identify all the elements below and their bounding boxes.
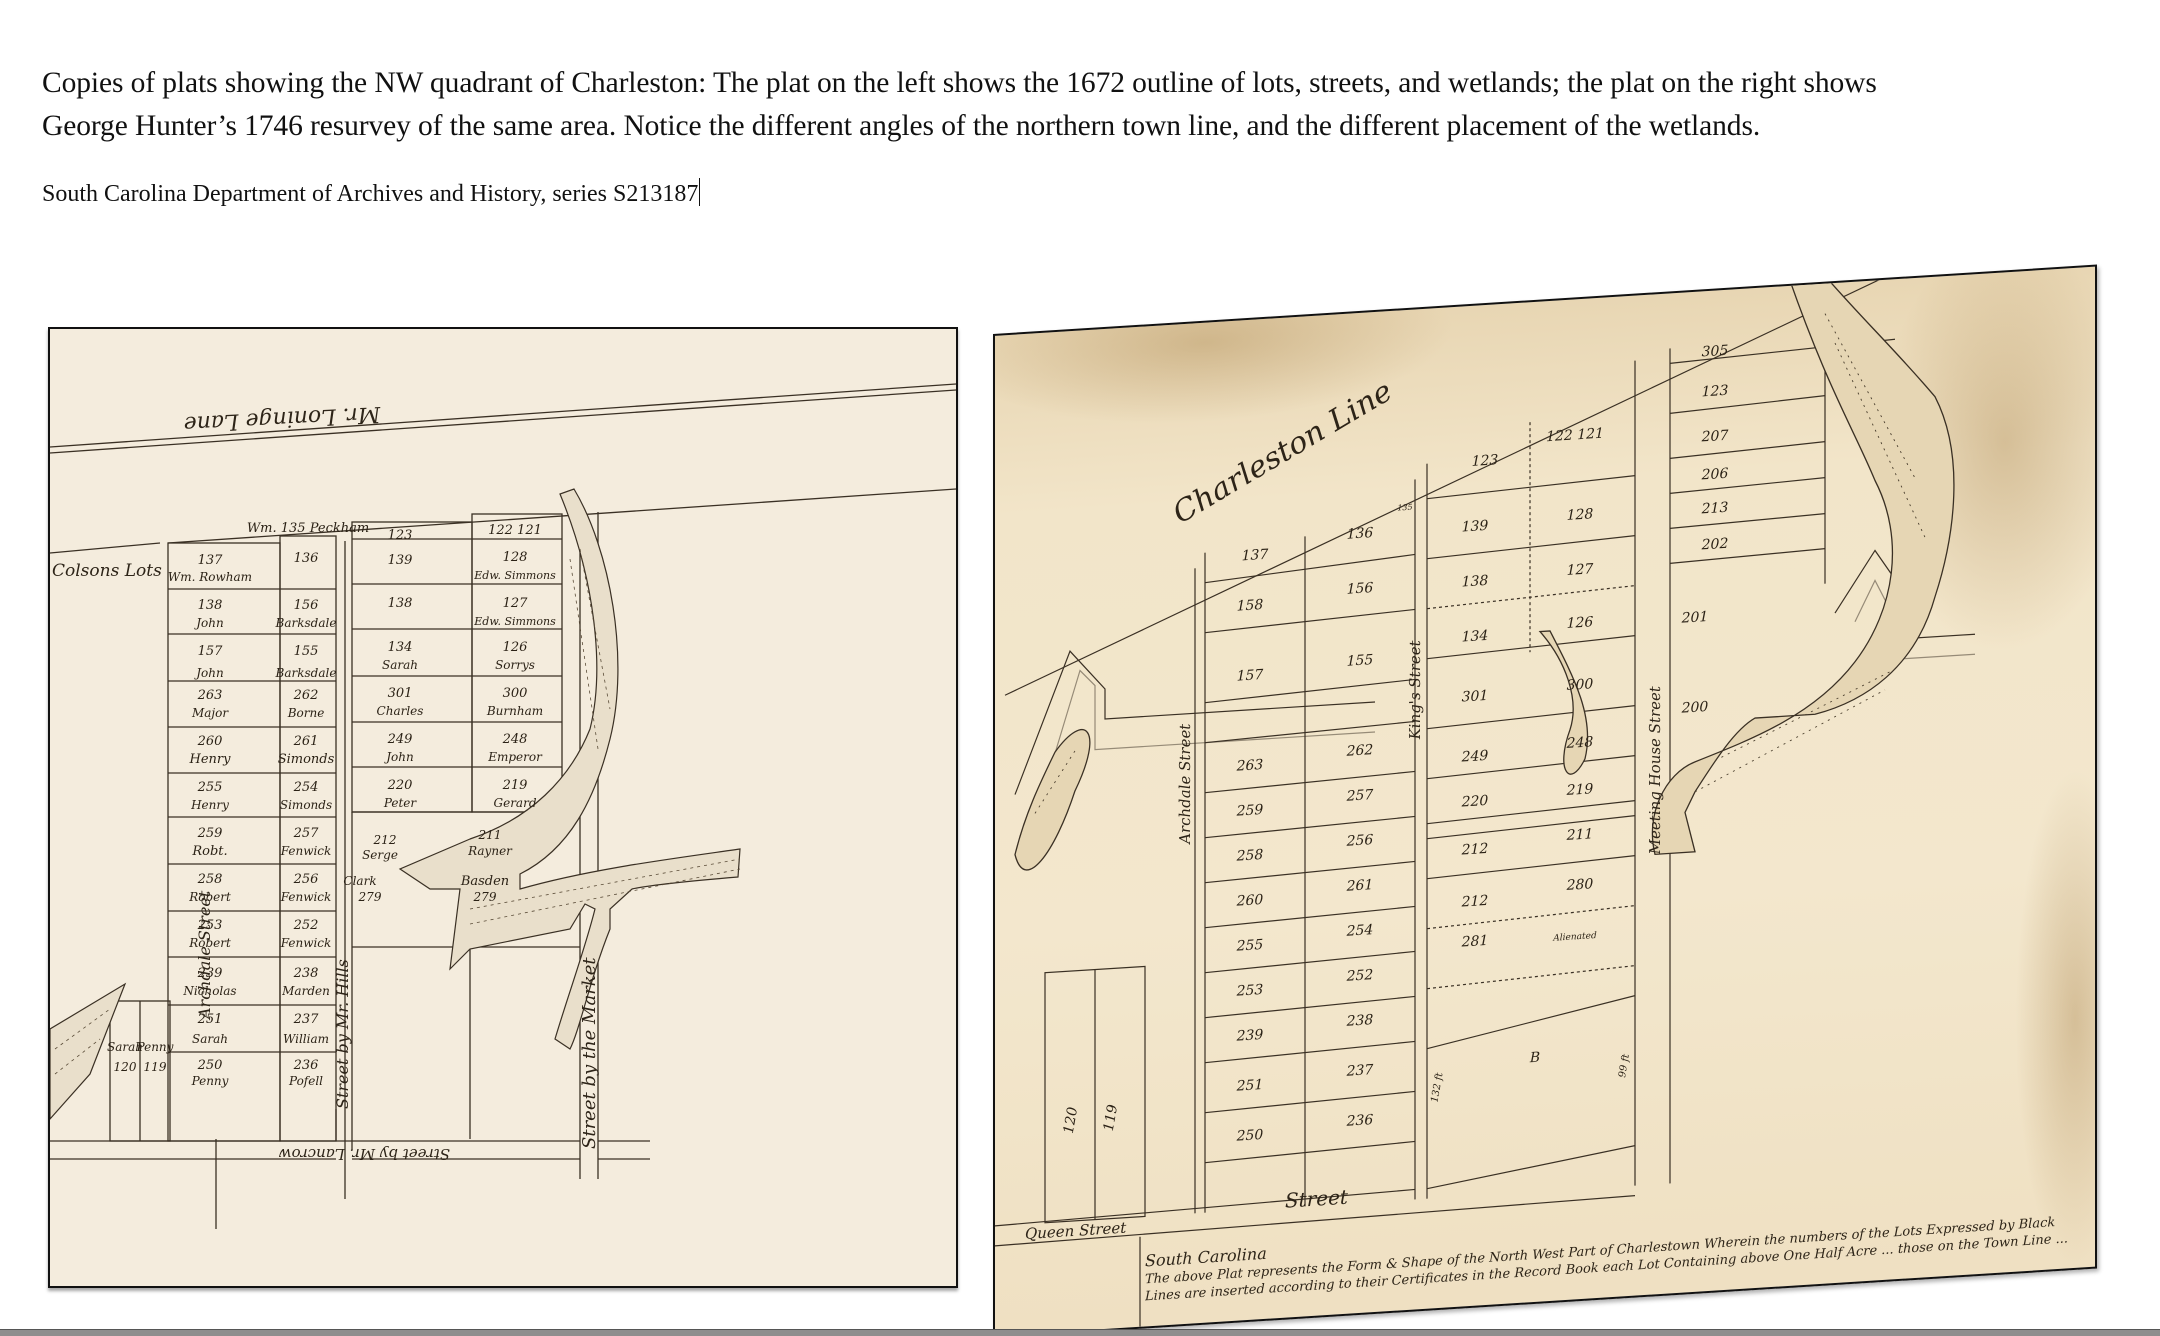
plat-1672-drawing: Mr. Loninge Lane Colsons Lots Archdale S…	[50, 329, 956, 1286]
svg-text:139: 139	[1462, 518, 1489, 536]
svg-text:Robt.: Robt.	[191, 844, 227, 859]
svg-text:201: 201	[1681, 609, 1709, 627]
svg-text:155: 155	[1347, 652, 1374, 670]
svg-text:158: 158	[1237, 597, 1264, 615]
svg-text:256: 256	[1346, 832, 1374, 850]
svg-text:122 121: 122 121	[1546, 426, 1604, 446]
svg-text:157: 157	[1237, 667, 1264, 685]
svg-text:132 ft: 132 ft	[1430, 1071, 1446, 1103]
svg-text:Serge: Serge	[362, 848, 398, 862]
svg-text:128: 128	[503, 550, 528, 565]
svg-text:263: 263	[1236, 757, 1264, 775]
svg-text:238: 238	[1346, 1012, 1374, 1030]
svg-text:Wm. Rowham: Wm. Rowham	[168, 570, 252, 584]
svg-text:Robert: Robert	[188, 936, 231, 950]
colsons-lots-label: Colsons Lots	[52, 561, 162, 581]
svg-text:212: 212	[1461, 841, 1489, 859]
caption-line-1: Copies of plats showing the NW quadrant …	[42, 62, 2122, 105]
svg-text:220: 220	[387, 778, 413, 793]
svg-text:248: 248	[1566, 734, 1594, 752]
svg-text:120: 120	[114, 1060, 137, 1074]
svg-text:John: John	[193, 666, 224, 680]
svg-text:155: 155	[294, 644, 319, 659]
svg-text:260: 260	[197, 734, 223, 749]
svg-text:252: 252	[1346, 967, 1374, 985]
svg-text:237: 237	[1346, 1062, 1374, 1080]
svg-text:259: 259	[197, 826, 223, 841]
plat-1746-paper: Charleston Line Archdale Street King's S…	[993, 265, 2097, 1336]
svg-text:119: 119	[144, 1060, 167, 1074]
svg-text:239: 239	[197, 966, 223, 981]
svg-text:256: 256	[293, 872, 319, 887]
caption: Copies of plats showing the NW quadrant …	[42, 62, 2122, 148]
svg-text:139: 139	[388, 553, 413, 568]
svg-text:Gerard: Gerard	[494, 796, 537, 810]
street-kings: King's Street	[1406, 639, 1424, 741]
svg-text:Sarah: Sarah	[192, 1032, 228, 1046]
svg-text:262: 262	[1346, 742, 1374, 760]
charleston-line-label: Charleston Line	[1167, 374, 1398, 531]
svg-text:William: William	[283, 1032, 329, 1046]
svg-text:128: 128	[1567, 506, 1594, 524]
svg-text:Basden: Basden	[460, 874, 509, 889]
svg-text:261: 261	[293, 734, 319, 749]
svg-text:Burnham: Burnham	[486, 704, 543, 718]
svg-text:207: 207	[1701, 428, 1729, 446]
svg-text:Rayner: Rayner	[467, 844, 513, 858]
svg-text:257: 257	[293, 826, 320, 841]
svg-text:253: 253	[197, 918, 223, 933]
svg-text:126: 126	[503, 640, 528, 655]
street-market: Street by the Market	[579, 957, 600, 1149]
svg-text:Simonds: Simonds	[280, 798, 332, 812]
svg-text:249: 249	[1461, 748, 1489, 766]
svg-text:John: John	[383, 750, 414, 764]
source-citation[interactable]: South Carolina Department of Archives an…	[42, 178, 700, 209]
svg-text:219: 219	[502, 778, 528, 793]
svg-text:123: 123	[1702, 383, 1729, 401]
svg-text:Fenwick: Fenwick	[280, 890, 332, 904]
svg-text:213: 213	[1701, 500, 1729, 518]
svg-text:281: 281	[1461, 933, 1489, 951]
svg-text:279: 279	[473, 890, 497, 904]
svg-text:279: 279	[358, 890, 382, 904]
svg-text:263: 263	[197, 688, 223, 703]
svg-text:119: 119	[1101, 1104, 1121, 1132]
svg-text:Alienated: Alienated	[1552, 931, 1597, 944]
svg-text:127: 127	[1567, 561, 1594, 579]
svg-text:260: 260	[1236, 892, 1264, 910]
svg-text:Clark: Clark	[343, 874, 376, 888]
svg-text:258: 258	[1236, 847, 1264, 865]
svg-text:249: 249	[387, 732, 413, 747]
svg-text:Borne: Borne	[287, 706, 325, 720]
svg-text:138: 138	[198, 598, 223, 613]
svg-text:253: 253	[1236, 982, 1264, 1000]
svg-text:138: 138	[1462, 573, 1489, 591]
svg-text:252: 252	[293, 918, 319, 933]
svg-text:John: John	[193, 616, 224, 630]
svg-text:156: 156	[1347, 580, 1374, 598]
svg-text:238: 238	[293, 966, 319, 981]
street-label: Street	[1285, 1185, 1349, 1213]
svg-text:206: 206	[1701, 466, 1729, 484]
source-text: South Carolina Department of Archives an…	[42, 181, 698, 207]
svg-text:236: 236	[1346, 1112, 1374, 1130]
svg-text:258: 258	[197, 872, 223, 887]
svg-text:Emperor: Emperor	[487, 750, 543, 764]
svg-text:Edw. Simmons: Edw. Simmons	[473, 569, 556, 582]
certificate-text-box: The above Plat represents the Form & Sha…	[1145, 1213, 2075, 1332]
svg-text:212: 212	[373, 833, 397, 847]
svg-text:259: 259	[1236, 802, 1264, 820]
svg-text:251: 251	[1236, 1077, 1264, 1095]
street-hills: Street by Mr. Hills	[333, 959, 352, 1109]
svg-text:Charles: Charles	[377, 704, 424, 718]
svg-text:Edw. Simmons: Edw. Simmons	[473, 615, 556, 628]
text-cursor	[699, 178, 700, 206]
svg-text:248: 248	[502, 732, 528, 747]
svg-text:211: 211	[1566, 826, 1594, 844]
svg-text:254: 254	[1346, 922, 1374, 940]
svg-text:Major: Major	[191, 706, 229, 720]
svg-text:305: 305	[1702, 343, 1729, 361]
svg-text:301: 301	[388, 686, 413, 701]
svg-text:261: 261	[1346, 877, 1374, 895]
street-meeting-house: Meeting House Street	[1646, 685, 1664, 856]
svg-text:300: 300	[1567, 676, 1594, 694]
svg-text:B: B	[1529, 1050, 1540, 1067]
street-archdale: Archdale Street	[195, 890, 214, 1021]
plat-1746-image: Charleston Line Archdale Street King's S…	[993, 264, 2123, 1294]
svg-text:134: 134	[1462, 628, 1489, 646]
svg-text:Marden: Marden	[281, 984, 330, 998]
svg-text:237: 237	[293, 1012, 320, 1027]
svg-text:157: 157	[198, 644, 224, 659]
svg-text:262: 262	[293, 688, 319, 703]
svg-text:Sorrys: Sorrys	[495, 658, 535, 672]
svg-text:219: 219	[1566, 781, 1594, 799]
svg-text:99 ft: 99 ft	[1617, 1052, 1632, 1078]
svg-text:Robert: Robert	[188, 890, 231, 904]
svg-text:137: 137	[1242, 547, 1269, 565]
svg-text:120: 120	[1061, 1106, 1081, 1134]
svg-text:135: 135	[1397, 503, 1412, 513]
svg-text:Barksdale: Barksdale	[275, 666, 337, 680]
svg-text:254: 254	[293, 780, 319, 795]
svg-text:Peter: Peter	[383, 796, 418, 810]
svg-text:122 121: 122 121	[488, 523, 542, 538]
svg-text:137: 137	[198, 553, 224, 568]
svg-text:211: 211	[478, 828, 502, 842]
svg-text:Nicholas: Nicholas	[182, 984, 236, 998]
svg-text:Penny: Penny	[191, 1074, 229, 1088]
svg-text:126: 126	[1567, 614, 1594, 632]
street-bottom: Street by Mr. Lancrow	[279, 1145, 450, 1163]
plat-1746-drawing: Charleston Line Archdale Street King's S…	[995, 267, 2095, 1336]
svg-text:255: 255	[197, 780, 223, 795]
svg-text:127: 127	[503, 596, 529, 611]
svg-text:Henry: Henry	[190, 798, 229, 812]
certificate-text: The above Plat represents the Form & Sha…	[1145, 1213, 2075, 1306]
svg-text:300: 300	[503, 686, 528, 701]
svg-text:Fenwick: Fenwick	[280, 936, 332, 950]
svg-text:Fenwick: Fenwick	[280, 844, 332, 858]
svg-text:Barksdale: Barksdale	[275, 616, 337, 630]
svg-text:280: 280	[1566, 876, 1594, 894]
svg-text:134: 134	[388, 640, 413, 655]
svg-text:220: 220	[1461, 793, 1489, 811]
svg-text:Henry: Henry	[189, 752, 232, 767]
svg-text:Sarah: Sarah	[382, 658, 418, 672]
svg-text:257: 257	[1346, 787, 1374, 805]
window-bottom-edge	[0, 1329, 2160, 1336]
svg-text:239: 239	[1236, 1027, 1264, 1045]
svg-text:236: 236	[293, 1058, 319, 1073]
svg-text:123: 123	[388, 528, 413, 543]
plat-1672-image: Mr. Loninge Lane Colsons Lots Archdale S…	[48, 327, 958, 1288]
caption-line-2: George Hunter’s 1746 resurvey of the sam…	[42, 105, 2122, 148]
svg-text:255: 255	[1236, 937, 1264, 955]
svg-text:123: 123	[1472, 452, 1499, 470]
svg-text:301: 301	[1462, 688, 1489, 706]
svg-text:212: 212	[1461, 893, 1489, 911]
svg-text:Wm. 135 Peckham: Wm. 135 Peckham	[247, 521, 369, 536]
lane-label: Mr. Loninge Lane	[183, 401, 382, 436]
svg-text:Pofell: Pofell	[288, 1074, 323, 1088]
svg-text:136: 136	[294, 551, 319, 566]
svg-text:251: 251	[197, 1012, 223, 1027]
svg-text:Simonds: Simonds	[278, 752, 335, 767]
svg-text:200: 200	[1681, 699, 1709, 717]
svg-text:138: 138	[388, 596, 413, 611]
svg-text:136: 136	[1347, 525, 1374, 543]
svg-text:250: 250	[197, 1058, 223, 1073]
svg-text:250: 250	[1236, 1127, 1264, 1145]
svg-text:156: 156	[294, 598, 319, 613]
street-archdale: Archdale Street	[1176, 722, 1194, 846]
svg-text:Penny: Penny	[136, 1040, 174, 1054]
svg-text:202: 202	[1701, 536, 1729, 554]
